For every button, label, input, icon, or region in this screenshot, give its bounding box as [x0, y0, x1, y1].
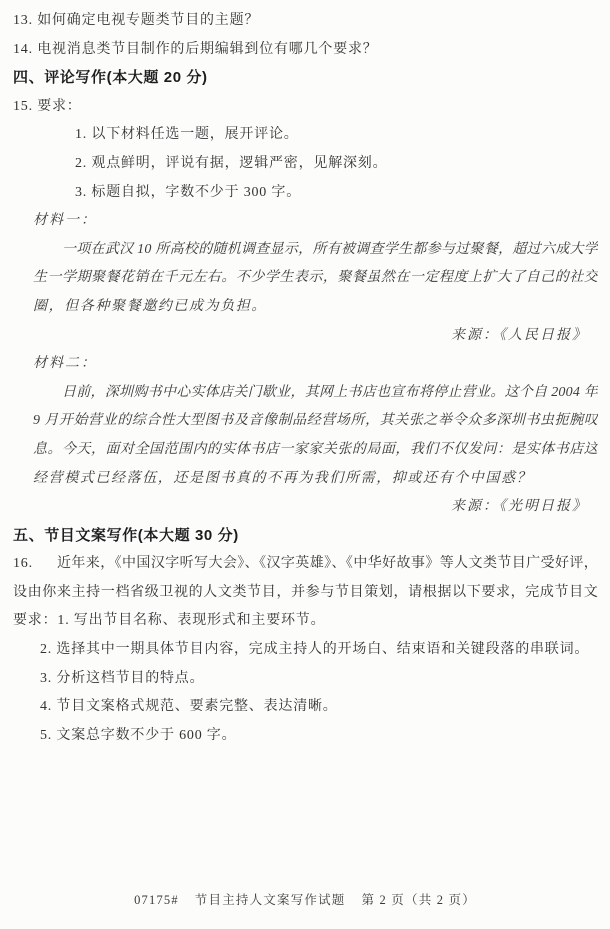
question-13: 13. 如何确定电视专题类节目的主题？ [13, 7, 598, 36]
question-16-line-1: 16. 近年来，《中国汉字听写大会》、《汉字英雄》、《中华好故事》等人文类节目广… [13, 550, 598, 579]
material-2-source: 来源：《光明日报》 [33, 493, 598, 522]
material-1-line-2: 生一学期聚餐花销在千元左右。不少学生表示，聚餐虽然在一定程度上扩大了自己的社交 [33, 264, 598, 293]
q15-requirement-1: 1. 以下材料任选一题，展开评论。 [75, 121, 598, 150]
question-16-line-2: 设由你来主持一档省级卫视的人文类节目，并参与节目策划，请根据以下要求，完成节目文… [13, 579, 598, 608]
q16-requirement-1: 要求：1. 写出节目名称、表现形式和主要环节。 [13, 607, 598, 636]
page-footer: 07175#节目主持人文案写作试题第 2 页（共 2 页） [0, 888, 610, 912]
question-15-label: 15. 要求： [13, 93, 598, 122]
material-2-line-2: 9 月开始营业的综合性大型图书及音像制品经营场所，其关张之举令众多深圳书虫扼腕叹 [33, 407, 598, 436]
q16-requirement-5: 5. 文案总字数不少于 600 字。 [40, 722, 598, 751]
page-content: 13. 如何确定电视专题类节目的主题？ 14. 电视消息类节目制作的后期编辑到位… [13, 7, 598, 750]
footer-exam-code: 07175# [134, 893, 179, 907]
question-14: 14. 电视消息类节目制作的后期编辑到位有哪几个要求？ [13, 36, 598, 65]
material-2-line-3: 息。今天，面对全国范围内的实体书店一家家关张的局面，我们不仅发问：是实体书店这种 [33, 436, 598, 465]
question-16-text: 近年来，《中国汉字听写大会》、《汉字英雄》、《中华好故事》等人文类节目广受好评，… [57, 550, 598, 579]
question-16-number: 16. [13, 550, 57, 579]
q16-requirement-2: 2. 选择其中一期具体节目内容，完成主持人的开场白、结束语和关键段落的串联词。 [40, 636, 598, 665]
material-2-label: 材料二： [33, 350, 598, 379]
q16-requirement-3: 3. 分析这档节目的特点。 [40, 665, 598, 694]
footer-exam-title: 节目主持人文案写作试题 [195, 893, 346, 907]
q16-requirement-4: 4. 节目文案格式规范、要素完整、表达清晰。 [40, 693, 598, 722]
material-1-label: 材料一： [33, 207, 598, 236]
material-1-line-3: 圈，但各种聚餐邀约已成为负担。 [33, 293, 598, 322]
material-1-source: 来源：《人民日报》 [33, 322, 598, 351]
material-1-line-1: 一项在武汉 10 所高校的随机调查显示，所有被调查学生都参与过聚餐，超过六成大学 [33, 236, 598, 265]
q15-requirement-2: 2. 观点鲜明，评说有据，逻辑严密，见解深刻。 [75, 150, 598, 179]
exam-paper-page: 13. 如何确定电视专题类节目的主题？ 14. 电视消息类节目制作的后期编辑到位… [0, 0, 610, 929]
material-2-line-1: 日前，深圳购书中心实体店关门歇业，其网上书店也宣布将停止营业。这个自 2004 … [33, 379, 598, 408]
section-4-heading: 四、评论写作(本大题 20 分) [13, 64, 598, 93]
q15-requirement-3: 3. 标题自拟，字数不少于 300 字。 [75, 179, 598, 208]
material-2-line-4: 经营模式已经落伍，还是图书真的不再为我们所需，抑或还有个中国惑？ [33, 465, 598, 494]
section-5-heading: 五、节目文案写作(本大题 30 分) [13, 522, 598, 551]
footer-page-number: 第 2 页（共 2 页） [362, 893, 476, 907]
